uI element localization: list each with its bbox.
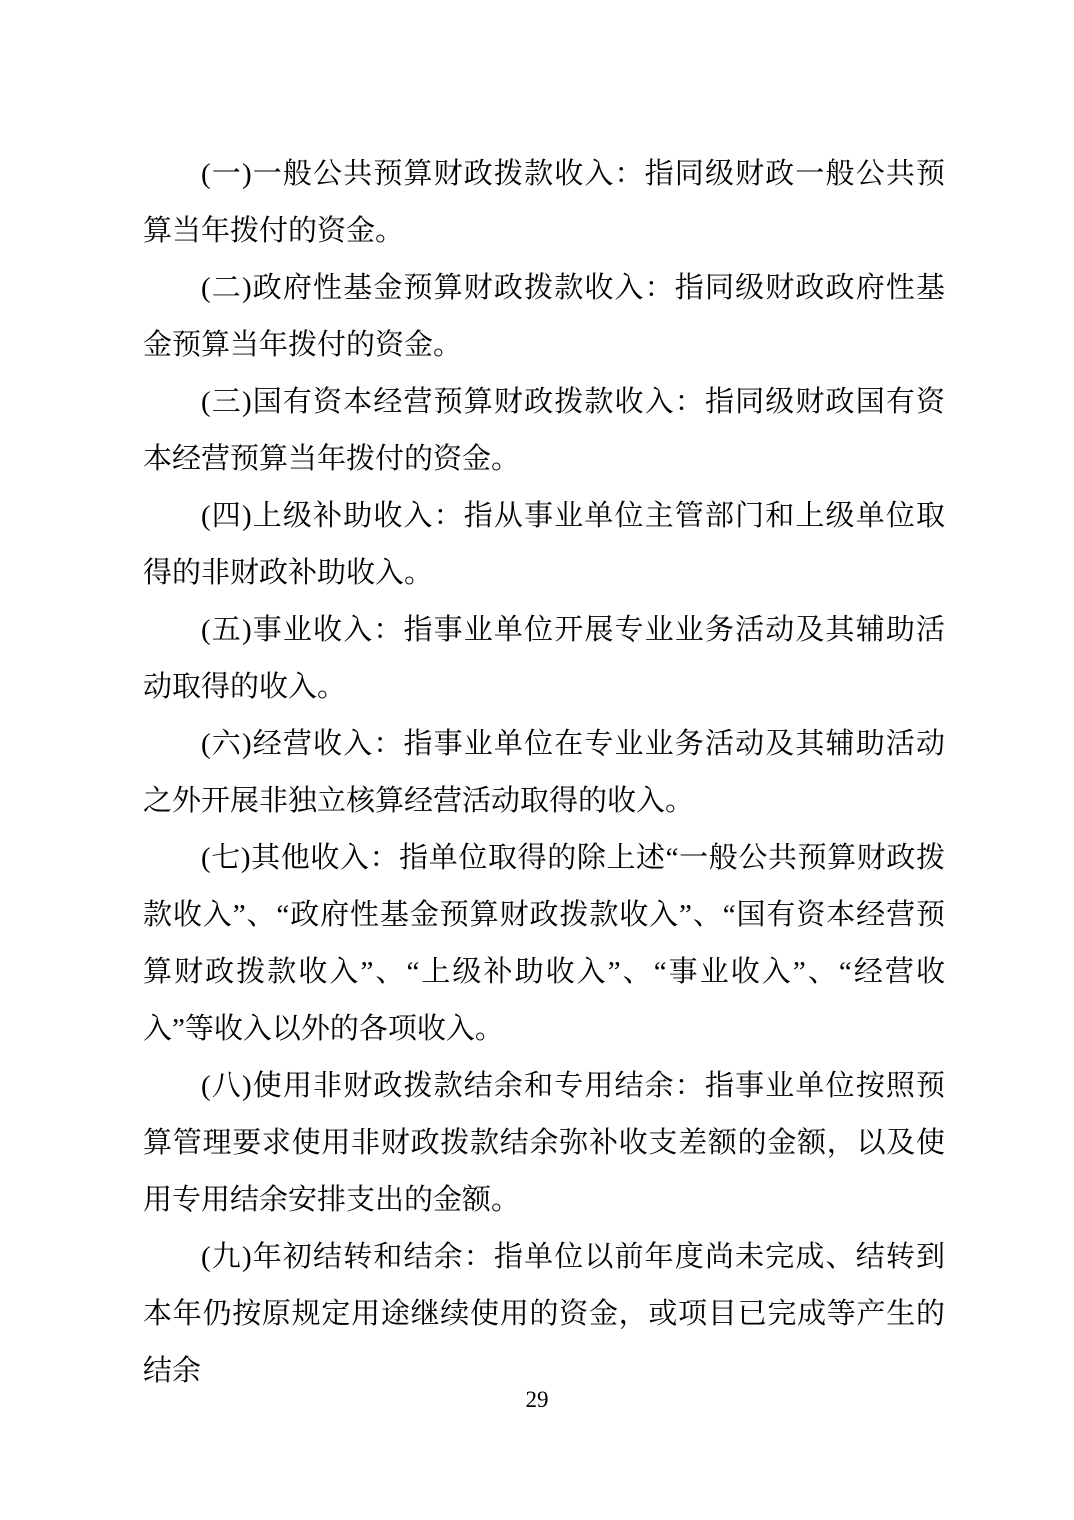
paragraph-item-9: (九)年初结转和结余：指单位以前年度尚未完成、结转到本年仍按原规定用途继续使用的… [143,1229,945,1400]
paragraph-item-7: (七)其他收入：指单位取得的除上述“一般公共预算财政拨款收入”、“政府性基金预算… [143,830,945,1058]
paragraph-item-5: (五)事业收入：指事业单位开展专业业务活动及其辅助活动取得的收入。 [143,602,945,716]
body-text: (一)一般公共预算财政拨款收入：指同级财政一般公共预算当年拨付的资金。 (二)政… [143,146,945,1400]
paragraph-item-4: (四)上级补助收入：指从事业单位主管部门和上级单位取得的非财政补助收入。 [143,488,945,602]
paragraph-item-8: (八)使用非财政拨款结余和专用结余：指事业单位按照预算管理要求使用非财政拨款结余… [143,1058,945,1229]
paragraph-item-1: (一)一般公共预算财政拨款收入：指同级财政一般公共预算当年拨付的资金。 [143,146,945,260]
paragraph-item-3: (三)国有资本经营预算财政拨款收入：指同级财政国有资本经营预算当年拨付的资金。 [143,374,945,488]
page-number: 29 [0,1385,1074,1415]
paragraph-item-2: (二)政府性基金预算财政拨款收入：指同级财政政府性基金预算当年拨付的资金。 [143,260,945,374]
document-page: (一)一般公共预算财政拨款收入：指同级财政一般公共预算当年拨付的资金。 (二)政… [0,0,1074,1520]
paragraph-item-6: (六)经营收入：指事业单位在专业业务活动及其辅助活动之外开展非独立核算经营活动取… [143,716,945,830]
